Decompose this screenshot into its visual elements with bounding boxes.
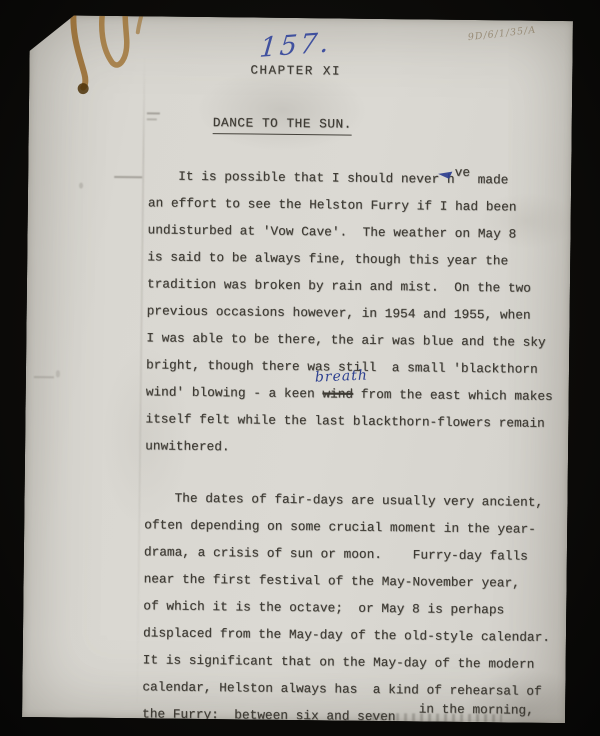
typed-text: It is possible that I should never h [178, 169, 455, 187]
pencil-archive-reference: 9D/6/1/35/A [467, 25, 536, 44]
typed-text: drama, a crisis of sun or moon. Furry-da… [144, 544, 528, 563]
typed-line: the Furry: between six and seven in the … [142, 700, 582, 732]
typed-line: unwithered. [145, 432, 585, 464]
struck-word: windbreath [322, 380, 353, 407]
stray-mark [56, 370, 60, 377]
typed-text: from the east which makes [353, 387, 553, 404]
typescript-paragraph: It is possible that I should never hve m… [145, 162, 588, 464]
typed-text: displaced from the May-day of the old-st… [143, 625, 550, 645]
handwritten-correction: breath [314, 362, 368, 391]
typed-text: near the first festival of the May-Novem… [144, 571, 520, 590]
typed-text: It is significant that on the May-day of… [143, 652, 535, 671]
typed-text: I was able to be there, the air was blue… [146, 330, 545, 350]
typescript-paragraph: The dates of fair-days are usually very … [142, 484, 585, 732]
typed-text: is said to be always fine, though this y… [147, 249, 508, 268]
typed-text: The dates of fair-days are usually very … [174, 491, 543, 510]
stray-mark [147, 118, 157, 120]
typed-text: tradition was broken by rain and mist. O… [147, 276, 531, 295]
page-title: DANCE TO THE SUN. [213, 115, 352, 136]
stray-mark [34, 376, 54, 378]
folded-corner-edge [27, 13, 92, 70]
stray-mark [114, 176, 142, 178]
typed-text: itself felt while the last blackthorn-fl… [145, 411, 544, 431]
typed-text: an effort to see the Helston Furry if I … [148, 195, 517, 214]
typed-text: unwithered. [145, 438, 230, 454]
typed-text: often depending on some crucial moment i… [144, 517, 536, 536]
typed-insertion: ve [455, 159, 471, 186]
typed-text: undisturbed at 'Vow Cave'. The weather o… [147, 222, 516, 241]
handwritten-page-number: 157. [258, 27, 333, 64]
typed-text: of which it is the octave; or May 8 is p… [143, 598, 504, 617]
chapter-heading: CHAPTER XI [250, 64, 341, 79]
stray-mark [147, 112, 160, 114]
typed-text: wind' blowing - a keen [146, 384, 323, 401]
typescript-page: 157. 9D/6/1/35/A CHAPTER XI DANCE TO THE… [22, 15, 573, 723]
stray-mark [79, 183, 83, 189]
typed-text: previous occasions however, in 1954 and … [147, 303, 531, 322]
cut-off-text-smudge [372, 713, 502, 722]
rust-stain [43, 9, 174, 114]
typed-text: made [470, 172, 509, 187]
